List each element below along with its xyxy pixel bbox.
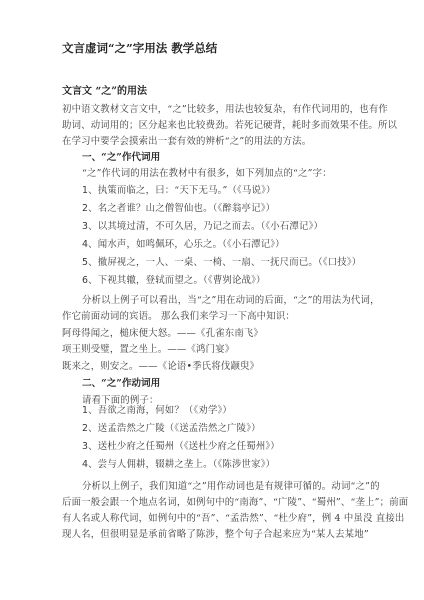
example-text: 名之者谁？山之僧智仙也。（《醉翁亭记》）: [98, 203, 275, 214]
example-text: 送杜少府之任蜀州（《送杜少府之任蜀州》）: [98, 441, 280, 452]
example-number: 4、: [82, 239, 98, 250]
analysis-line: 分析以上例子，我们知道“之”用作动词也是有规律可循的。动词“之”的: [82, 481, 380, 493]
example-number: 2、: [82, 423, 98, 434]
quote-line: 项王则受璧，置之坐上。——《鸿门宴》: [62, 344, 234, 356]
example-item: 2、名之者谁？山之僧智仙也。（《醉翁亭记》）: [82, 203, 275, 215]
example-item: 2、送孟浩然之广陵（《送孟浩然之广陵》）: [82, 423, 261, 435]
example-item: 6、下视其辙，登轼而望之。（《曹刿论战》）: [82, 275, 266, 287]
example-item: 4、闻水声，如鸣佩环，心乐之。（《小石潭记》）: [82, 239, 285, 251]
example-number: 6、: [82, 275, 98, 286]
part2-heading: 二、“之”作动词用: [82, 378, 160, 390]
example-number: 1、: [82, 405, 98, 416]
example-text: 闻水声，如鸣佩环，心乐之。（《小石潭记》）: [98, 239, 285, 250]
example-item: 1、吾欲之南海，何如？（《劝学》）: [82, 405, 232, 417]
example-item: 4、尝与人佣耕，辍耕之垄上。（《陈涉世家》）: [82, 459, 275, 471]
intro-line: 助词、动词用的；区分起来也比较费劲。若死记硬背，耗时多而效果不佳。所以: [62, 120, 397, 132]
analysis-line: 后面一般会跟一个地点名词，如例句中的“南海”、“广陵”、“蜀州”、“垄上”；前面: [62, 497, 408, 509]
document-title: 文言虚词“之”字用法 教学总结: [62, 42, 217, 54]
example-item: 5、撤屏视之，一人、一桌、一椅、一扇、一抚尺而已。（《口技》）: [82, 257, 361, 269]
example-text: 吾欲之南海，何如？（《劝学》）: [98, 405, 232, 416]
example-number: 3、: [82, 441, 98, 452]
quote-line: 阿母得闻之，槌床便大怒。——《孔雀东南飞》: [62, 328, 263, 340]
example-number: 5、: [82, 257, 98, 268]
analysis-line: 有人名或人称代词，如例句中的“吾”、“孟浩然”、“杜少府”，例 4 中虽没 直接…: [62, 513, 405, 525]
part1-lead: “之”作代词的用法在教材中有很多，如下列加点的“之”字：: [82, 168, 332, 180]
example-item: 1、执策而临之，曰：“天下无马。”（《马说》）: [82, 185, 276, 197]
analysis-line: 作它前面动词的宾语。 那么我们来学习一下高中知识：: [62, 311, 295, 323]
example-number: 3、: [82, 221, 98, 232]
example-item: 3、以其境过清，不可久居，乃记之而去。（《小石潭记》）: [82, 221, 323, 233]
intro-line: 在学习中要学会摸索出一套有效的辨析“之”的用法的方法。: [62, 136, 311, 148]
quote-line: 既来之，则安之。——《论语•季氏将伐颛臾》: [62, 361, 259, 373]
example-text: 尝与人佣耕，辍耕之垄上。（《陈涉世家》）: [98, 459, 275, 470]
document-page: 文言虚词“之”字用法 教学总结 文言文 “之”的用法 初中语文教材文言文中，“之…: [0, 0, 424, 600]
section-heading: 文言文 “之”的用法: [62, 86, 147, 98]
analysis-line: 现人名，但很明显是承前省略了陈涉，整个句子合起来应为“某人去某地”: [62, 529, 369, 541]
example-number: 2、: [82, 203, 98, 214]
example-number: 1、: [82, 185, 98, 196]
example-text: 撤屏视之，一人、一桌、一椅、一扇、一抚尺而已。（《口技》）: [98, 257, 362, 268]
example-text: 执策而临之，曰：“天下无马。”（《马说》）: [98, 185, 276, 196]
example-text: 下视其辙，登轼而望之。（《曹刿论战》）: [98, 275, 266, 286]
part1-heading: 一、“之”作代词用: [82, 152, 160, 164]
intro-line: 初中语文教材文言文中，“之”比较多，用法也较复杂，有作代词用的，也有作: [62, 104, 388, 116]
example-number: 4、: [82, 459, 98, 470]
example-text: 以其境过清，不可久居，乃记之而去。（《小石潭记》）: [98, 221, 323, 232]
analysis-line: 分析以上例子可以看出，当“之”用在动词的后面，“之”的用法为代词，: [82, 295, 380, 307]
example-text: 送孟浩然之广陵（《送孟浩然之广陵》）: [98, 423, 261, 434]
example-item: 3、送杜少府之任蜀州（《送杜少府之任蜀州》）: [82, 441, 280, 453]
